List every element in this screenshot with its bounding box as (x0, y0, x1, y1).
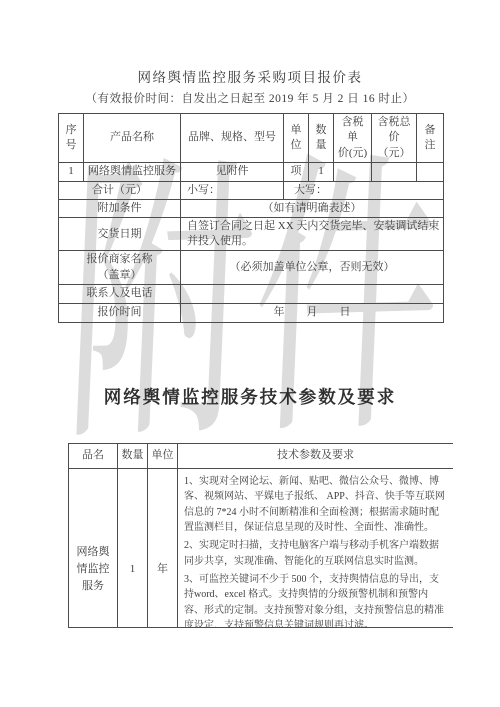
item-unit: 项 (284, 163, 309, 181)
extra-conditions-row: 附加条件 （如有请明确表述） (59, 199, 444, 217)
vendor-name-label: 报价商家名称 （盖章） (59, 251, 181, 285)
col-header-seq: 序 号 (59, 114, 84, 163)
item-product-name: 网络舆情监控服务 (84, 163, 181, 181)
col-header-product: 产品名称 (84, 114, 181, 163)
validity-period-note: （有效报价时间：自发出之日起至 2019 年 5 月 2 日 16 时止） (0, 90, 500, 106)
item-remark-blank (417, 163, 444, 181)
quote-date-row: 报价时间 年 月 日 (59, 303, 444, 322)
vendor-seal-note: （必须加盖单位公章，否则无效） (181, 251, 444, 285)
quote-date-label: 报价时间 (59, 303, 181, 322)
item-unit-price-blank (334, 163, 372, 181)
col-header-item-name: 品名 (69, 444, 118, 469)
tech-params-title: 网络舆情监控服务技术参数及要求 (0, 384, 500, 409)
quotation-header-row: 序 号 产品名称 品牌、规格、型号 单 位 数 量 含税单 价(元) 含税总 价… (59, 114, 444, 163)
contact-label: 联系人及电话 (59, 285, 181, 303)
extra-conditions-value: （如有请明确表述） (181, 199, 444, 217)
total-row: 合计（元） 小写： 大写： (59, 181, 444, 199)
col-header-total-price: 含税总 价（元） (372, 114, 417, 163)
col-header-unit-price: 含税单 价(元) (334, 114, 372, 163)
col-header-unit: 单 位 (284, 114, 309, 163)
item-brand-spec: 见附件 (181, 163, 284, 181)
col-header-tech-requirements: 技术参数及要求 (178, 444, 454, 469)
item-qty: 1 (309, 163, 334, 181)
scanned-document-page: 附件 网络舆情监控服务采购项目报价表 （有效报价时间：自发出之日起至 2019 … (0, 0, 500, 707)
tech-params-table: 品名 数量 单位 技术参数及要求 网络舆 情监控 服务 1 年 1、实现对全网论… (68, 443, 453, 628)
vendor-name-row: 报价商家名称 （盖章） （必须加盖单位公章，否则无效） (59, 251, 444, 285)
col-header-unit2: 单位 (148, 444, 178, 469)
quote-date-value: 年 月 日 (181, 303, 444, 322)
tech-params-body-row: 网络舆 情监控 服务 1 年 1、实现对全网论坛、新闻、贴吧、微信公众号、微博、… (69, 469, 454, 629)
item-seq: 1 (59, 163, 84, 181)
col-header-qty: 数 量 (309, 114, 334, 163)
total-lowercase-label: 小写： (181, 181, 284, 199)
total-uppercase-label: 大写： (284, 181, 444, 199)
tech-params-table-clip: 品名 数量 单位 技术参数及要求 网络舆 情监控 服务 1 年 1、实现对全网论… (68, 443, 453, 628)
spec-item-1: 1、实现对全网论坛、新闻、贴吧、微信公众号、微博、博客、视频网站、平媒电子报纸、… (184, 474, 448, 536)
col-header-remark: 备 注 (417, 114, 444, 163)
item-total-price-blank (372, 163, 417, 181)
item-row: 1 网络舆情监控服务 见附件 项 1 (59, 163, 444, 181)
tech-requirements-cell: 1、实现对全网论坛、新闻、贴吧、微信公众号、微博、博客、视频网站、平媒电子报纸、… (178, 469, 454, 629)
contact-row: 联系人及电话 (59, 285, 444, 303)
service-qty-cell: 1 (118, 469, 148, 629)
spec-item-2: 2、实现定时扫描，支持电脑客户端与移动手机客户端数据同步共享，实现准确、智能化的… (184, 538, 448, 569)
quotation-table: 序 号 产品名称 品牌、规格、型号 单 位 数 量 含税单 价(元) 含税总 价… (58, 113, 444, 323)
delivery-date-row: 交货日期 自签订合同之日起 XX 天内交货完毕、安装调试结束并投入使用。 (59, 218, 444, 251)
service-unit-cell: 年 (148, 469, 178, 629)
col-header-quantity: 数量 (118, 444, 148, 469)
delivery-date-value: 自签订合同之日起 XX 天内交货完毕、安装调试结束并投入使用。 (181, 218, 444, 251)
col-header-brand-spec-model: 品牌、规格、型号 (181, 114, 284, 163)
total-label: 合计（元） (59, 181, 181, 199)
contact-value-blank (181, 285, 444, 303)
service-name-cell: 网络舆 情监控 服务 (69, 469, 118, 629)
tech-params-header-row: 品名 数量 单位 技术参数及要求 (69, 444, 454, 469)
quotation-title: 网络舆情监控服务采购项目报价表 (0, 66, 500, 86)
extra-conditions-label: 附加条件 (59, 199, 181, 217)
spec-item-3: 3、可监控关键词不少于 500 个，支持舆情信息的导出，支持word、excel… (184, 572, 448, 629)
delivery-date-label: 交货日期 (59, 218, 181, 251)
